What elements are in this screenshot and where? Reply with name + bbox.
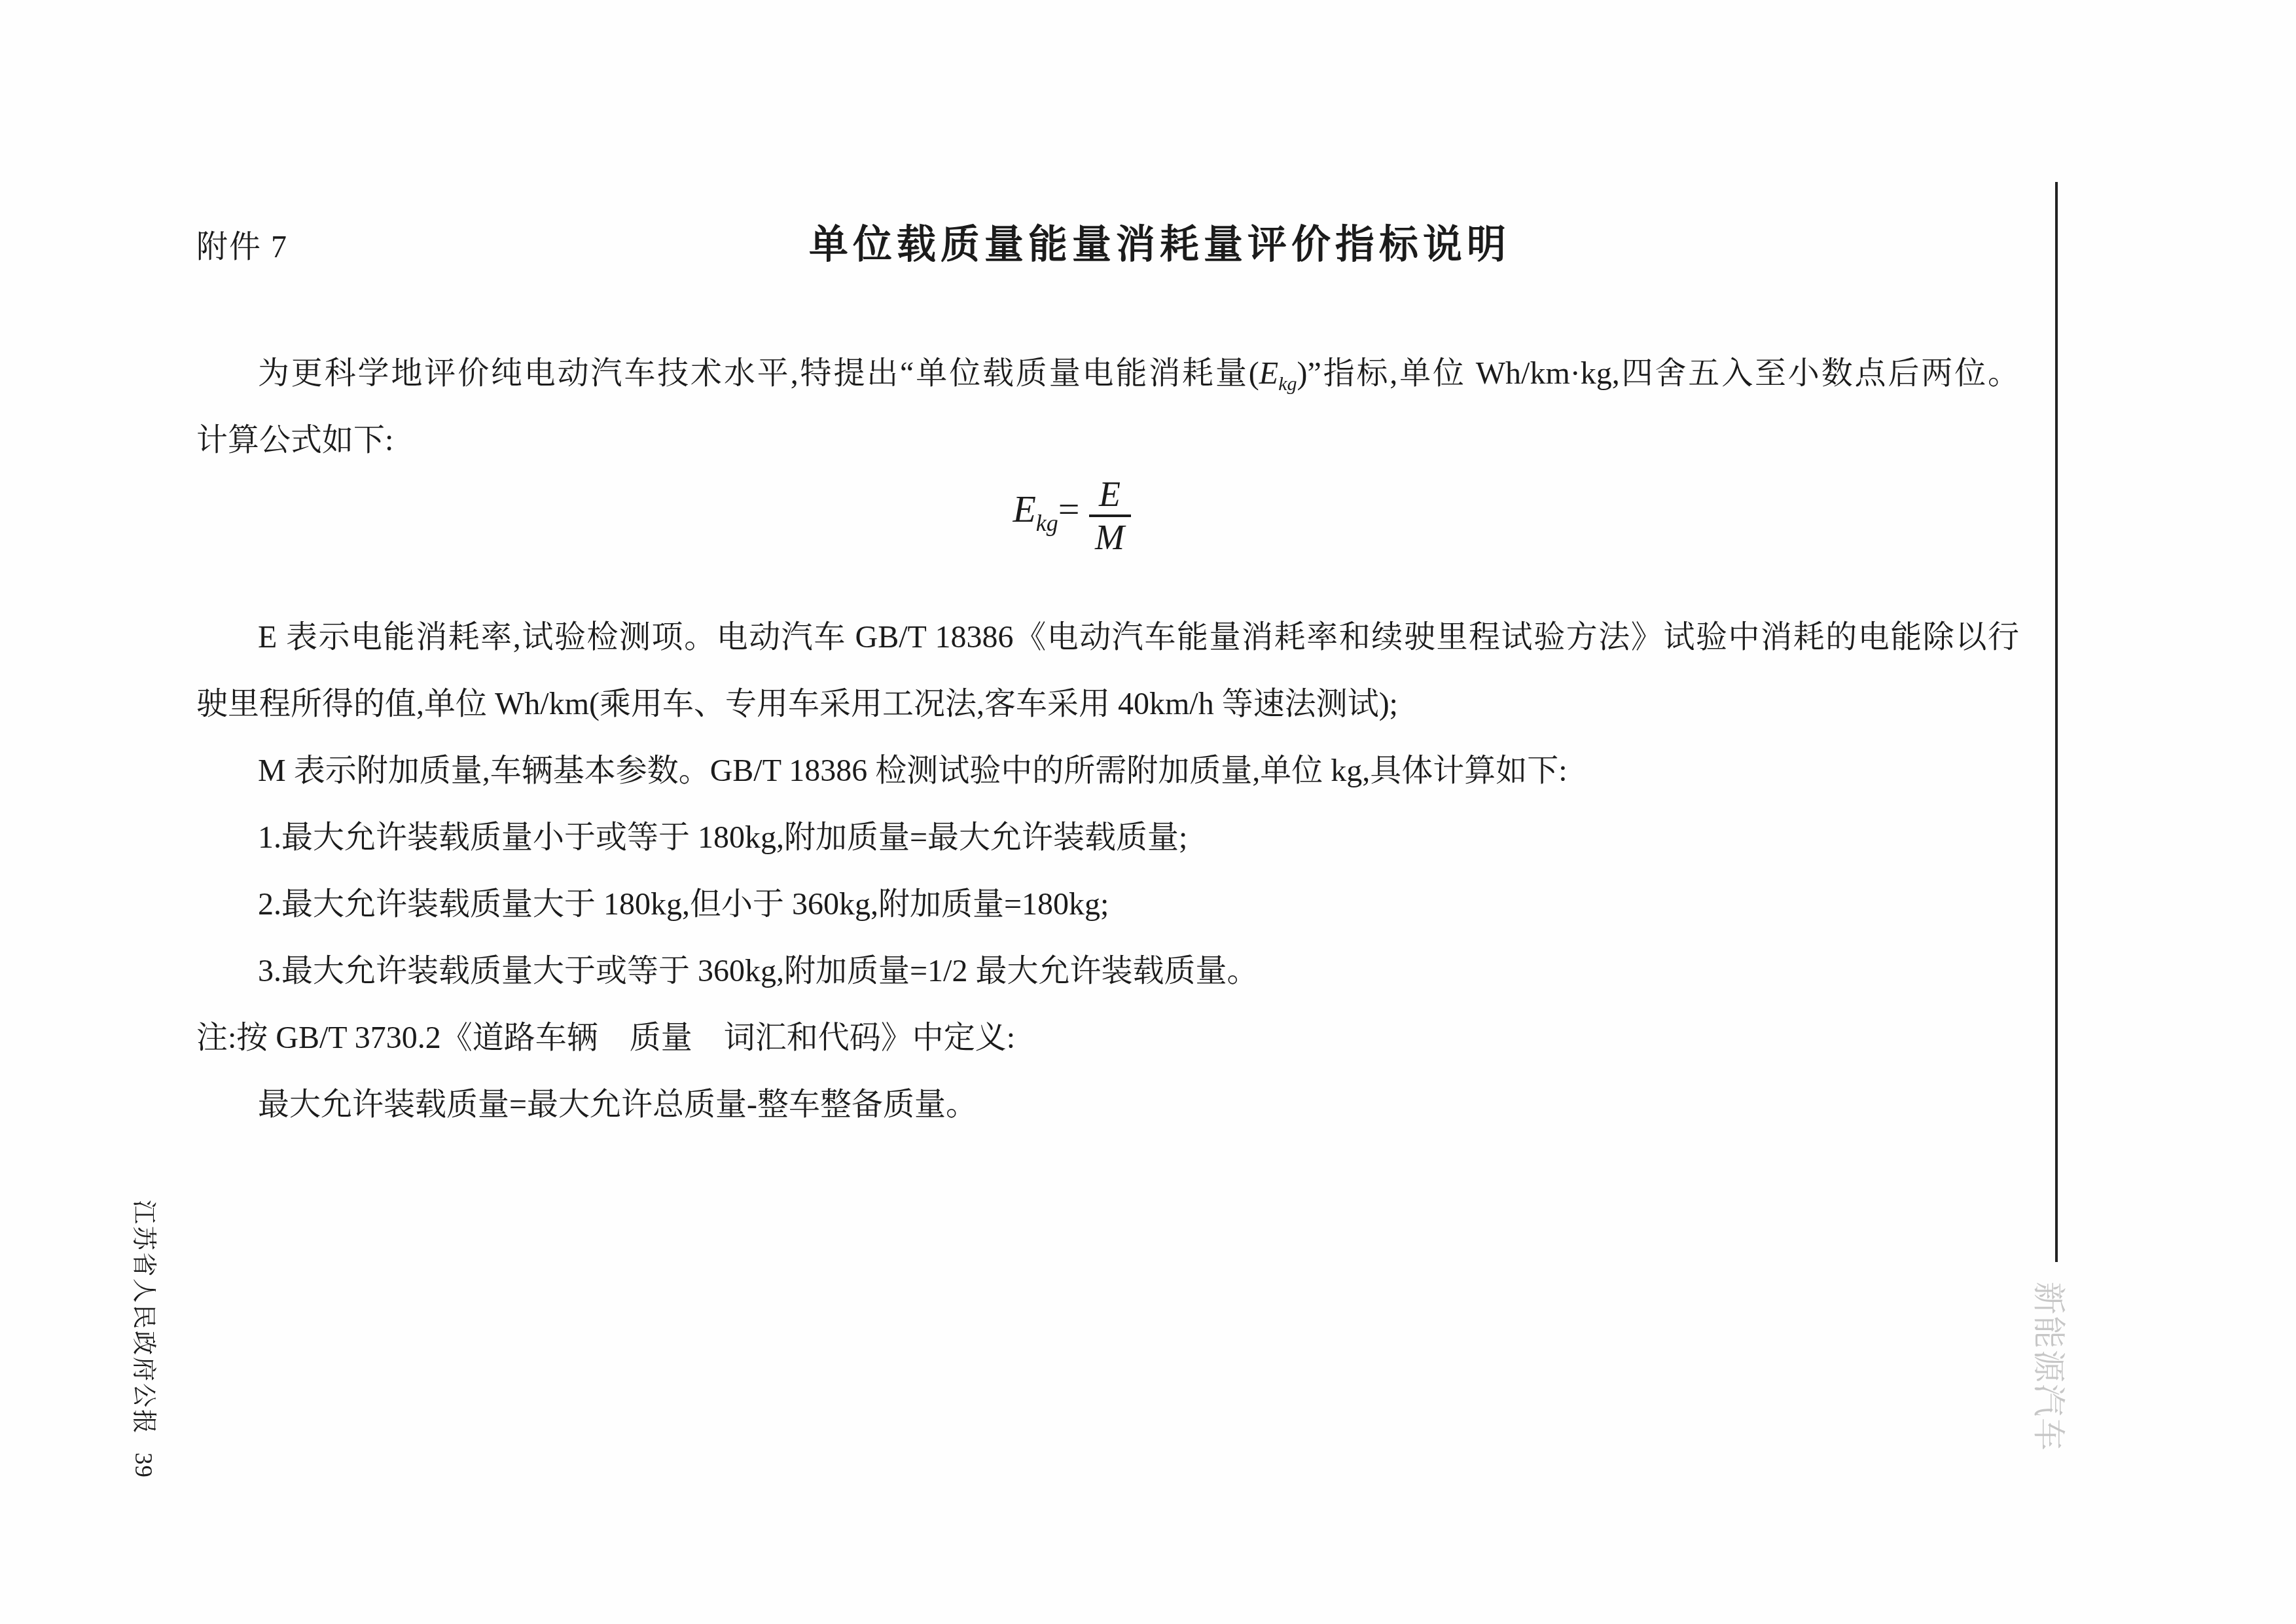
formula-lhs-subscript: kg bbox=[1036, 510, 1058, 536]
p1-text-pre: 为更科学地评价纯电动汽车技术水平,特提出“单位载质量电能消耗量( bbox=[258, 356, 1259, 391]
right-margin-rule bbox=[2055, 182, 2058, 1262]
page-title: 单位载质量能量消耗量评价指标说明 bbox=[0, 213, 2296, 270]
paragraph-2-line-1: E 表示电能消耗率,试验检测项。电动汽车 GB/T 18386《电动汽车能量消耗… bbox=[196, 604, 2019, 671]
list-item-3: 3.最大允许装载质量大于或等于 360kg,附加质量=1/2 最大允许装载质量。 bbox=[196, 938, 2019, 1005]
formula-fraction: E M bbox=[1089, 474, 1131, 558]
variable-ekg-base: E bbox=[1259, 356, 1278, 391]
p1-text-post: )”指标,单位 Wh/km·kg,四舍五入至小数点后两位。 bbox=[1297, 356, 2019, 391]
paragraph-1-line-1: 为更科学地评价纯电动汽车技术水平,特提出“单位载质量电能消耗量(Ekg)”指标,… bbox=[196, 340, 2019, 407]
note-line: 注:按 GB/T 3730.2《道路车辆 质量 词汇和代码》中定义: bbox=[196, 1005, 2019, 1072]
formula-lhs: Ekg= bbox=[1013, 490, 1079, 542]
final-line: 最大允许装载质量=最大允许总质量-整车整备质量。 bbox=[196, 1072, 2019, 1138]
variable-ekg-subscript: kg bbox=[1278, 373, 1297, 395]
document-page: 附件 7 单位载质量能量消耗量评价指标说明 为更科学地评价纯电动汽车技术水平,特… bbox=[0, 0, 2296, 1624]
paragraph-2-line-2: 驶里程所得的值,单位 Wh/km(乘用车、专用车采用工况法,客车采用 40km/… bbox=[196, 671, 2019, 738]
journal-title-text: 江苏省人民政府公报 bbox=[130, 1200, 156, 1435]
paragraph-3: M 表示附加质量,车辆基本参数。GB/T 18386 检测试验中的所需附加质量,… bbox=[196, 738, 2019, 804]
formula-denominator: M bbox=[1091, 517, 1128, 558]
list-item-2: 2.最大允许装载质量大于 180kg,但小于 360kg,附加质量=180kg; bbox=[196, 871, 2019, 938]
formula-ekg-equation: Ekg= E M bbox=[1013, 474, 1130, 558]
formula-lhs-base: E bbox=[1013, 488, 1035, 530]
formula-row: Ekg= E M bbox=[160, 474, 1983, 604]
list-item-1: 1.最大允许装载质量小于或等于 180kg,附加质量=最大允许装载质量; bbox=[196, 804, 2019, 871]
document-body: 为更科学地评价纯电动汽车技术水平,特提出“单位载质量电能消耗量(Ekg)”指标,… bbox=[196, 340, 2019, 1138]
page-number: 39 bbox=[130, 1453, 156, 1478]
paragraph-1-line-2: 计算公式如下: bbox=[196, 407, 2019, 474]
formula-numerator: E bbox=[1095, 474, 1124, 514]
section-label-vertical: 新能源汽车 bbox=[2041, 1282, 2075, 1452]
journal-title-vertical: 江苏省人民政府公报39 bbox=[136, 1200, 164, 1455]
formula-equals-sign: = bbox=[1058, 488, 1080, 530]
